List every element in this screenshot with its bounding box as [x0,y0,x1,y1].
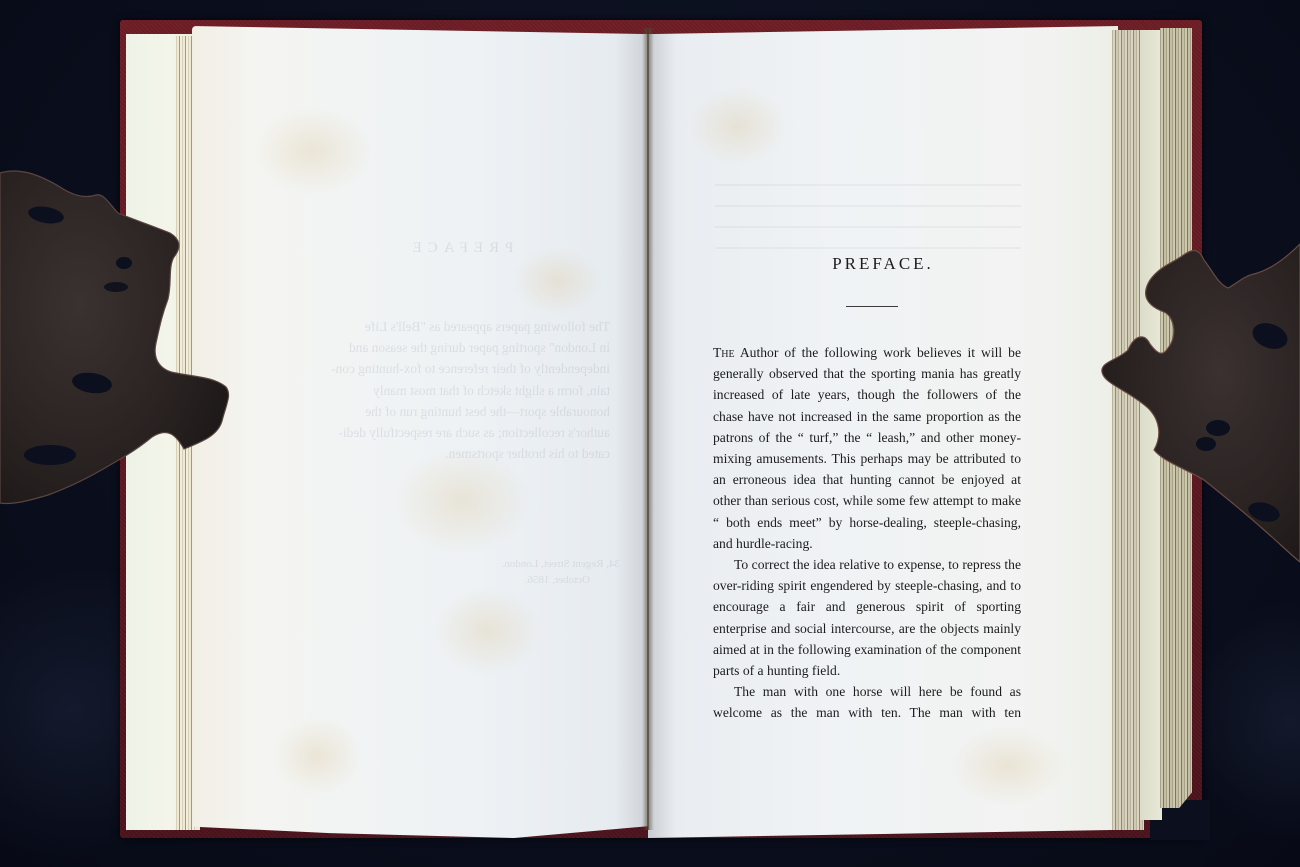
left-show-through-body: The following papers appeared as "Bell's… [300,316,610,464]
show-through-line: in London" sporting paper during the sea… [300,337,610,358]
show-through-line: independently of their reference to fox-… [300,358,610,379]
title-rule [846,306,898,307]
show-through-line: author's recollection; as such are respe… [300,422,610,443]
left-show-through-title: PREFACE [300,238,620,259]
paragraph-2: To correct the idea relative to expense,… [713,554,1021,681]
paragraph-text: To correct the idea relative to expense,… [713,557,1021,678]
show-through-line: honourable sport—the best hunting run of… [300,401,610,422]
show-through-line: cated to his brother sportsmen. [300,443,610,464]
paragraph-text: Author of the following work believes it… [713,345,1021,551]
left-show-through-signature: 34, Regent Street, London. October, 1856… [440,556,620,588]
right-page-weight[interactable] [1094,240,1300,565]
book-gutter [642,28,654,830]
show-through-line: The following papers appeared as "Bell's… [300,316,610,337]
show-through-line: 34, Regent Street, London. [440,556,620,572]
preface-body: The Author of the following work believe… [713,342,1021,724]
show-through-line: October, 1856. [440,572,620,588]
paragraph-1: The Author of the following work believe… [713,342,1021,554]
paragraph-3: The man with one horse will here be foun… [713,681,1021,723]
paragraph-text: The man with one horse will here be foun… [713,684,1021,720]
left-page-weight[interactable] [0,165,232,510]
drop-lead: The [713,345,735,360]
show-through-line: tain, form a slight sketch of that most … [300,380,610,401]
page-title: PREFACE. [648,254,1118,274]
